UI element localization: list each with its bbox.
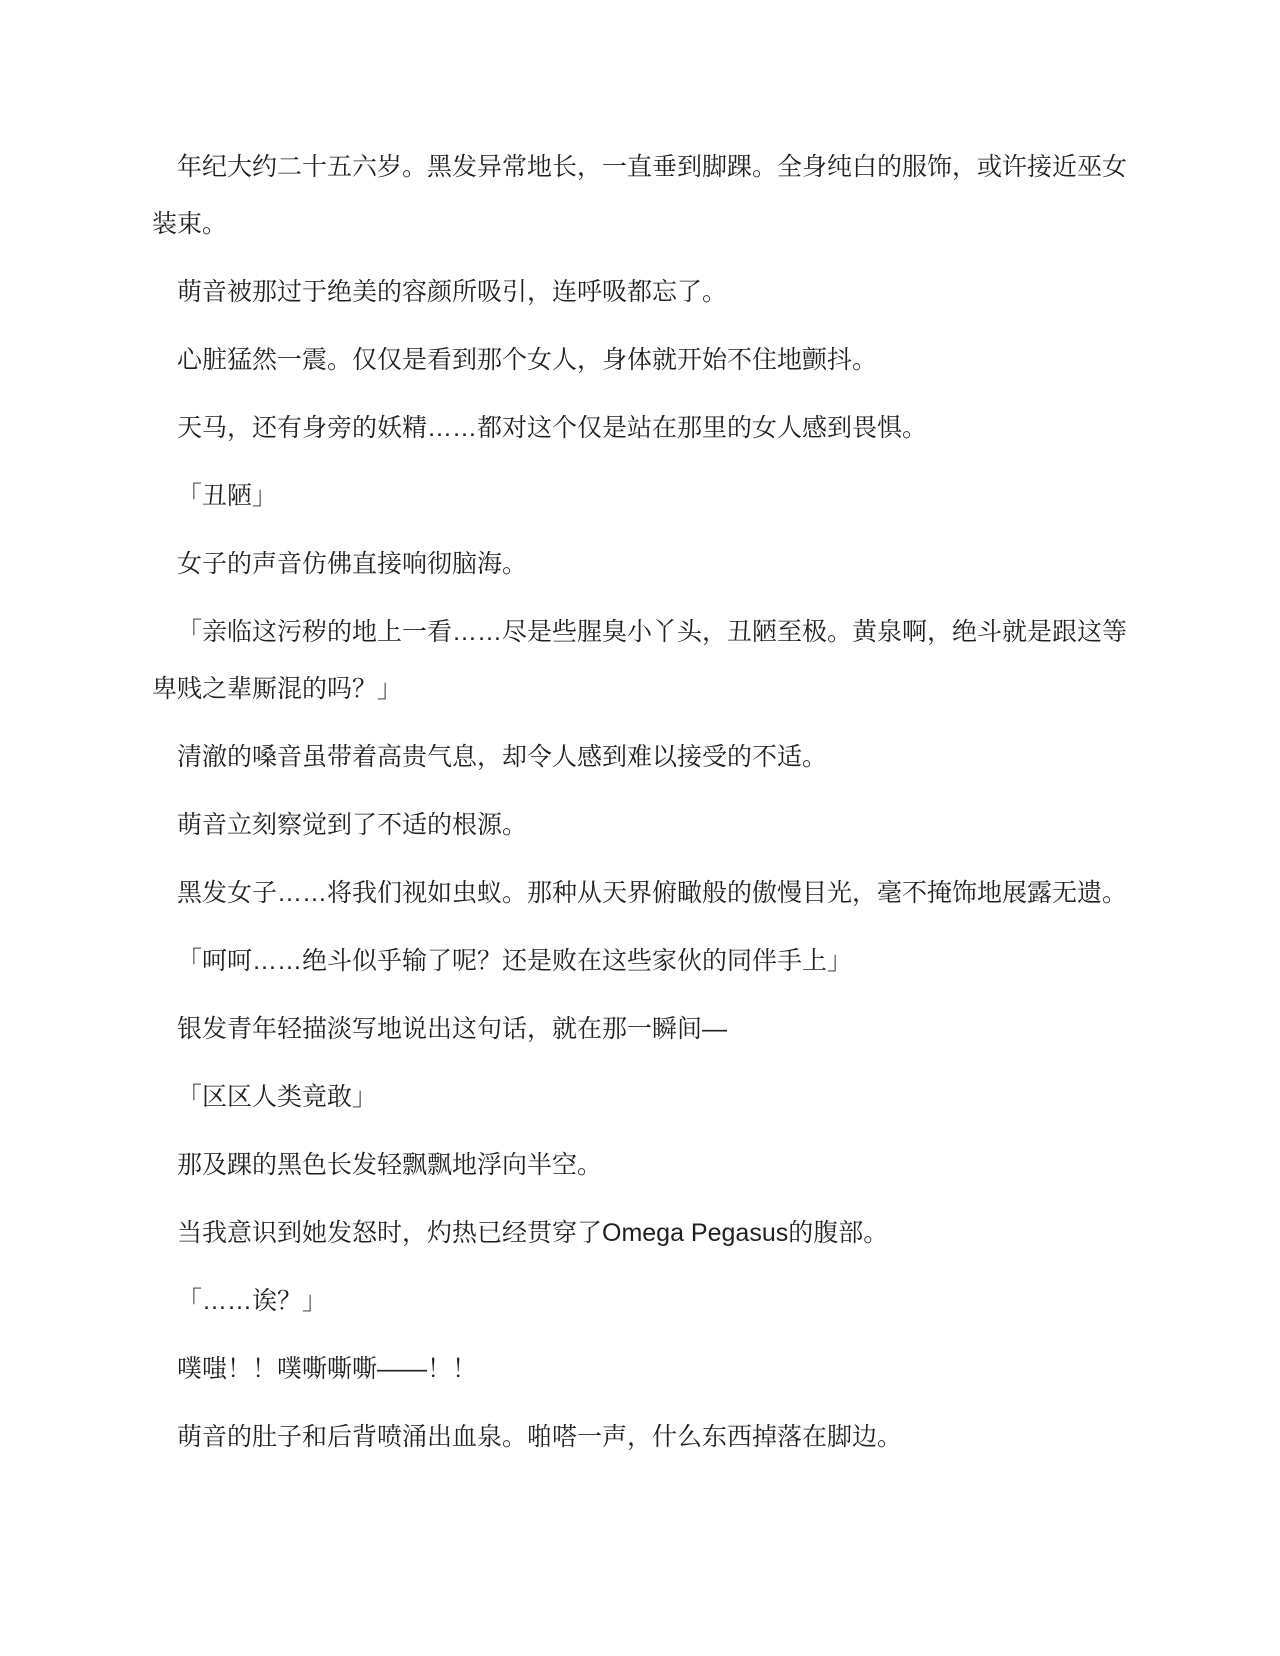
paragraph-dialogue: 「呵呵……绝斗似乎输了呢？还是败在这些家伙的同伴手上」 xyxy=(152,933,1142,990)
paragraph-dialogue: 「丑陋」 xyxy=(152,468,1142,525)
paragraph: 萌音的肚子和后背喷涌出血泉。啪嗒一声，什么东西掉落在脚边。 xyxy=(152,1409,1142,1466)
paragraph-onomatopoeia: 噗嗤！！噗嘶嘶嘶——！！ xyxy=(152,1341,1142,1398)
paragraph-dialogue: 「亲临这污秽的地上一看……尽是些腥臭小丫头，丑陋至极。黄泉啊，绝斗就是跟这等卑贱… xyxy=(152,604,1142,718)
novel-page: 年纪大约二十五六岁。黑发异常地长，一直垂到脚踝。全身纯白的服饰，或许接近巫女装束… xyxy=(0,0,1280,1656)
paragraph: 年纪大约二十五六岁。黑发异常地长，一直垂到脚踝。全身纯白的服饰，或许接近巫女装束… xyxy=(152,139,1142,253)
paragraph: 银发青年轻描淡写地说出这句话，就在那一瞬间— xyxy=(152,1001,1142,1058)
paragraph: 心脏猛然一震。仅仅是看到那个女人，身体就开始不住地颤抖。 xyxy=(152,332,1142,389)
paragraph: 萌音立刻察觉到了不适的根源。 xyxy=(152,797,1142,854)
novel-text-content: 年纪大约二十五六岁。黑发异常地长，一直垂到脚踝。全身纯白的服饰，或许接近巫女装束… xyxy=(152,139,1142,1466)
paragraph: 萌音被那过于绝美的容颜所吸引，连呼吸都忘了。 xyxy=(152,264,1142,321)
paragraph: 天马，还有身旁的妖精……都对这个仅是站在那里的女人感到畏惧。 xyxy=(152,400,1142,457)
paragraph-dialogue: 「区区人类竟敢」 xyxy=(152,1069,1142,1126)
paragraph-dialogue: 「……诶？」 xyxy=(152,1273,1142,1330)
paragraph: 当我意识到她发怒时，灼热已经贯穿了Omega Pegasus的腹部。 xyxy=(152,1205,1142,1262)
paragraph: 女子的声音仿佛直接响彻脑海。 xyxy=(152,536,1142,593)
paragraph: 清澈的嗓音虽带着高贵气息，却令人感到难以接受的不适。 xyxy=(152,729,1142,786)
paragraph: 黑发女子……将我们视如虫蚁。那种从天界俯瞰般的傲慢目光，毫不掩饰地展露无遗。 xyxy=(152,865,1142,922)
paragraph: 那及踝的黑色长发轻飘飘地浮向半空。 xyxy=(152,1137,1142,1194)
